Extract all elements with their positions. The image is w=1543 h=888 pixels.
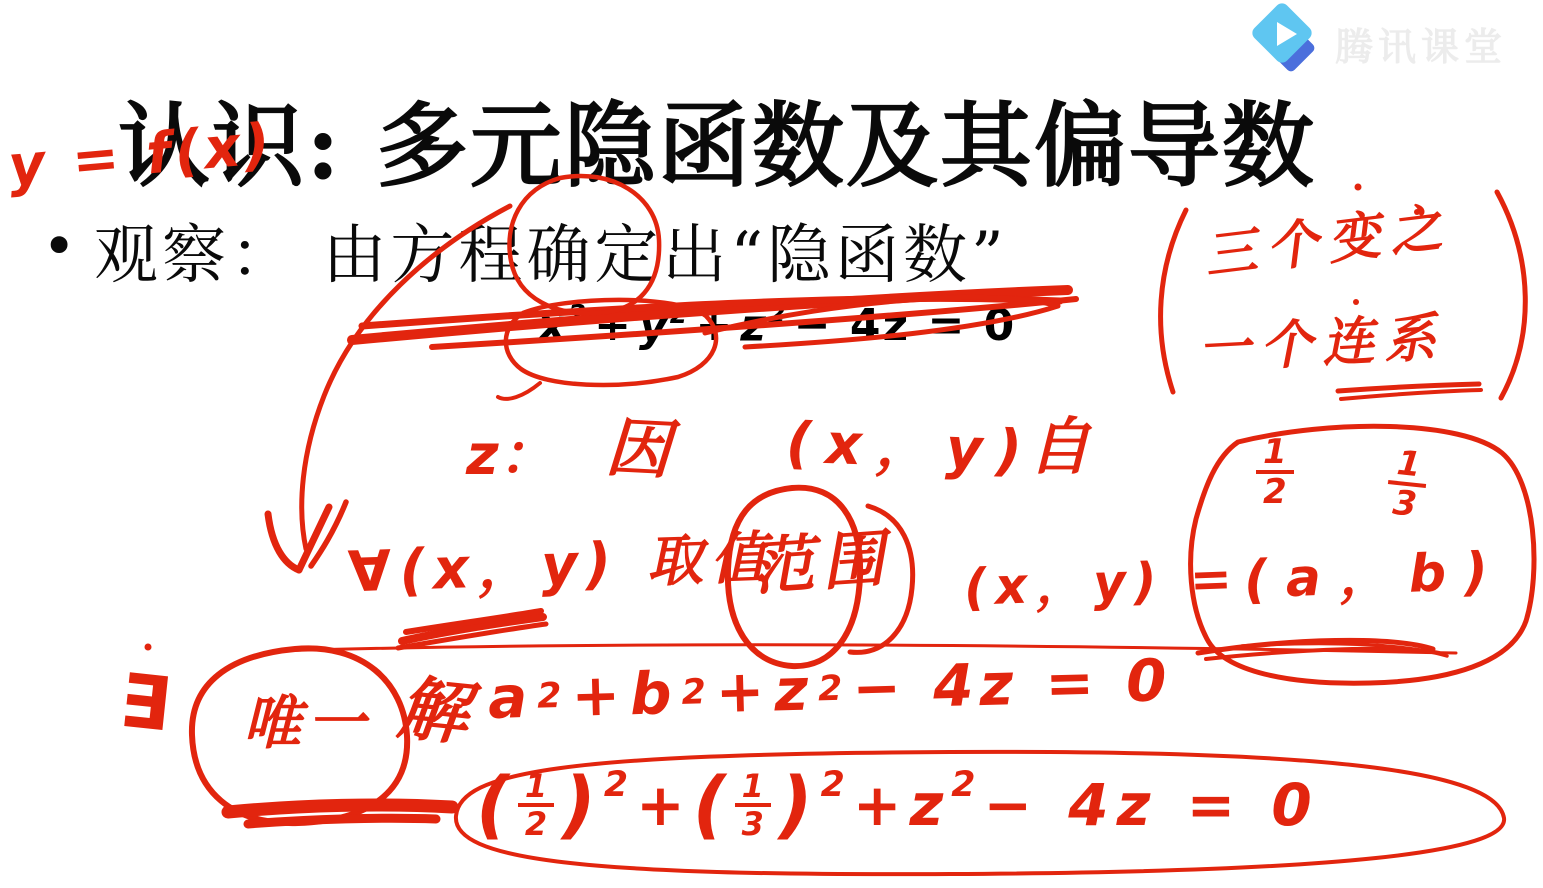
eq-plus1: + [588, 300, 639, 351]
handwriting-forall-xy: ∀(x，y) 取值 [347, 531, 775, 602]
frac-denominator: 2 [525, 807, 547, 839]
handwriting-independent-word: 自 [1028, 416, 1090, 478]
handwriting-solution-word: 解 [395, 673, 472, 750]
watermark-brand-text: 腾讯课堂 [1335, 16, 1507, 71]
hw-z: z [774, 661, 809, 720]
sup-2: 2 [821, 768, 845, 803]
eq-x-sup: 2 [568, 300, 588, 330]
handwriting-xy-pair: (x，y) [785, 416, 1037, 481]
handwriting-frac-one-half: 1 2 [1256, 436, 1294, 509]
eq-x: x [538, 300, 568, 351]
lecture-slide: 认识: 多元隐函数及其偏导数 • 观察： 由方程确定出“隐函数” x2+y2+z… [0, 0, 1543, 888]
eq-y-sup: 2 [670, 300, 690, 330]
hw-z: z [910, 776, 944, 834]
hw-b: b [629, 664, 672, 723]
handwriting-unique-word: 唯一 [243, 694, 371, 752]
handwriting-ab-pair: (a，b) [1243, 545, 1507, 606]
long-underline [272, 645, 1456, 653]
plus: + [853, 776, 902, 834]
hw-z-sup: 2 [818, 671, 843, 706]
paren-open: ( [693, 768, 727, 842]
hw-a-sup: 2 [537, 679, 562, 714]
handwriting-dependent-word: 因 [604, 416, 671, 483]
handwriting-range-word: 范围 [750, 527, 894, 599]
frac-numerator: 1 [1388, 446, 1429, 488]
handwriting-right-note-line1: 三个变之 [1202, 201, 1455, 283]
bullet-text: 观察： 由方程确定出“隐函数” [94, 204, 1008, 296]
handwriting-right-note-line2: 一个连系 [1197, 312, 1447, 377]
frac-denominator: 2 [1263, 474, 1287, 508]
sup-2: 2 [604, 768, 628, 803]
underline-weiyi [228, 805, 452, 824]
play-triangle-icon [1277, 22, 1297, 46]
eq-z-sup: 2 [768, 300, 788, 330]
eq-y: y [639, 300, 670, 351]
hw-plus2: + [715, 662, 765, 721]
paren-open: ( [476, 768, 510, 842]
hw-a: a [487, 668, 528, 727]
underline-ab-scribble [1198, 640, 1447, 659]
tencent-classroom-watermark: 腾讯课堂 [1247, 8, 1507, 78]
play-diamond-icon [1247, 8, 1325, 78]
hw-b-sup: 2 [681, 675, 706, 710]
eq-tail: − 4z = 0 [788, 300, 1023, 351]
hw-plus1: + [571, 666, 621, 725]
frac-denominator: 3 [1391, 485, 1418, 522]
plus: + [636, 776, 685, 834]
sup-2: 2 [951, 768, 975, 803]
printed-equation: x2+y2+z2− 4z = 0 [538, 300, 1022, 351]
underline-right-note [1338, 384, 1481, 399]
frac-one-third: 13 [735, 771, 771, 840]
paren-close: ) [562, 768, 596, 842]
frac-numerator: 1 [1256, 436, 1294, 474]
handwriting-exists-symbol: ∃ [116, 664, 174, 743]
paren-close: ) [779, 768, 813, 842]
handwriting-z-colon: z： [466, 428, 555, 484]
handwriting-equation-fractions: (12)2+(13)2+z2− 4z = 0 [476, 768, 1320, 842]
eq-plus2: + [689, 300, 740, 351]
handwriting-xy-equals: (x，y) = [963, 553, 1240, 613]
frac-one-half: 12 [518, 771, 554, 840]
handwriting-frac-one-third: 1 3 [1384, 446, 1429, 522]
slide-title: 认识: 多元隐函数及其偏导数 [118, 96, 1316, 197]
underline-xy-scribble [398, 611, 546, 648]
handwriting-equation-ab: a2+b2+z2− 4z = 0 [487, 651, 1173, 727]
frac-denominator: 3 [742, 807, 764, 839]
hw-tail: − 4z = 0 [983, 776, 1319, 834]
bullet-marker: • [42, 212, 76, 280]
frac-numerator: 1 [518, 771, 554, 807]
frac-numerator: 1 [735, 771, 771, 807]
hw-tail: − 4z = 0 [852, 651, 1174, 717]
eq-z: z [740, 300, 768, 351]
